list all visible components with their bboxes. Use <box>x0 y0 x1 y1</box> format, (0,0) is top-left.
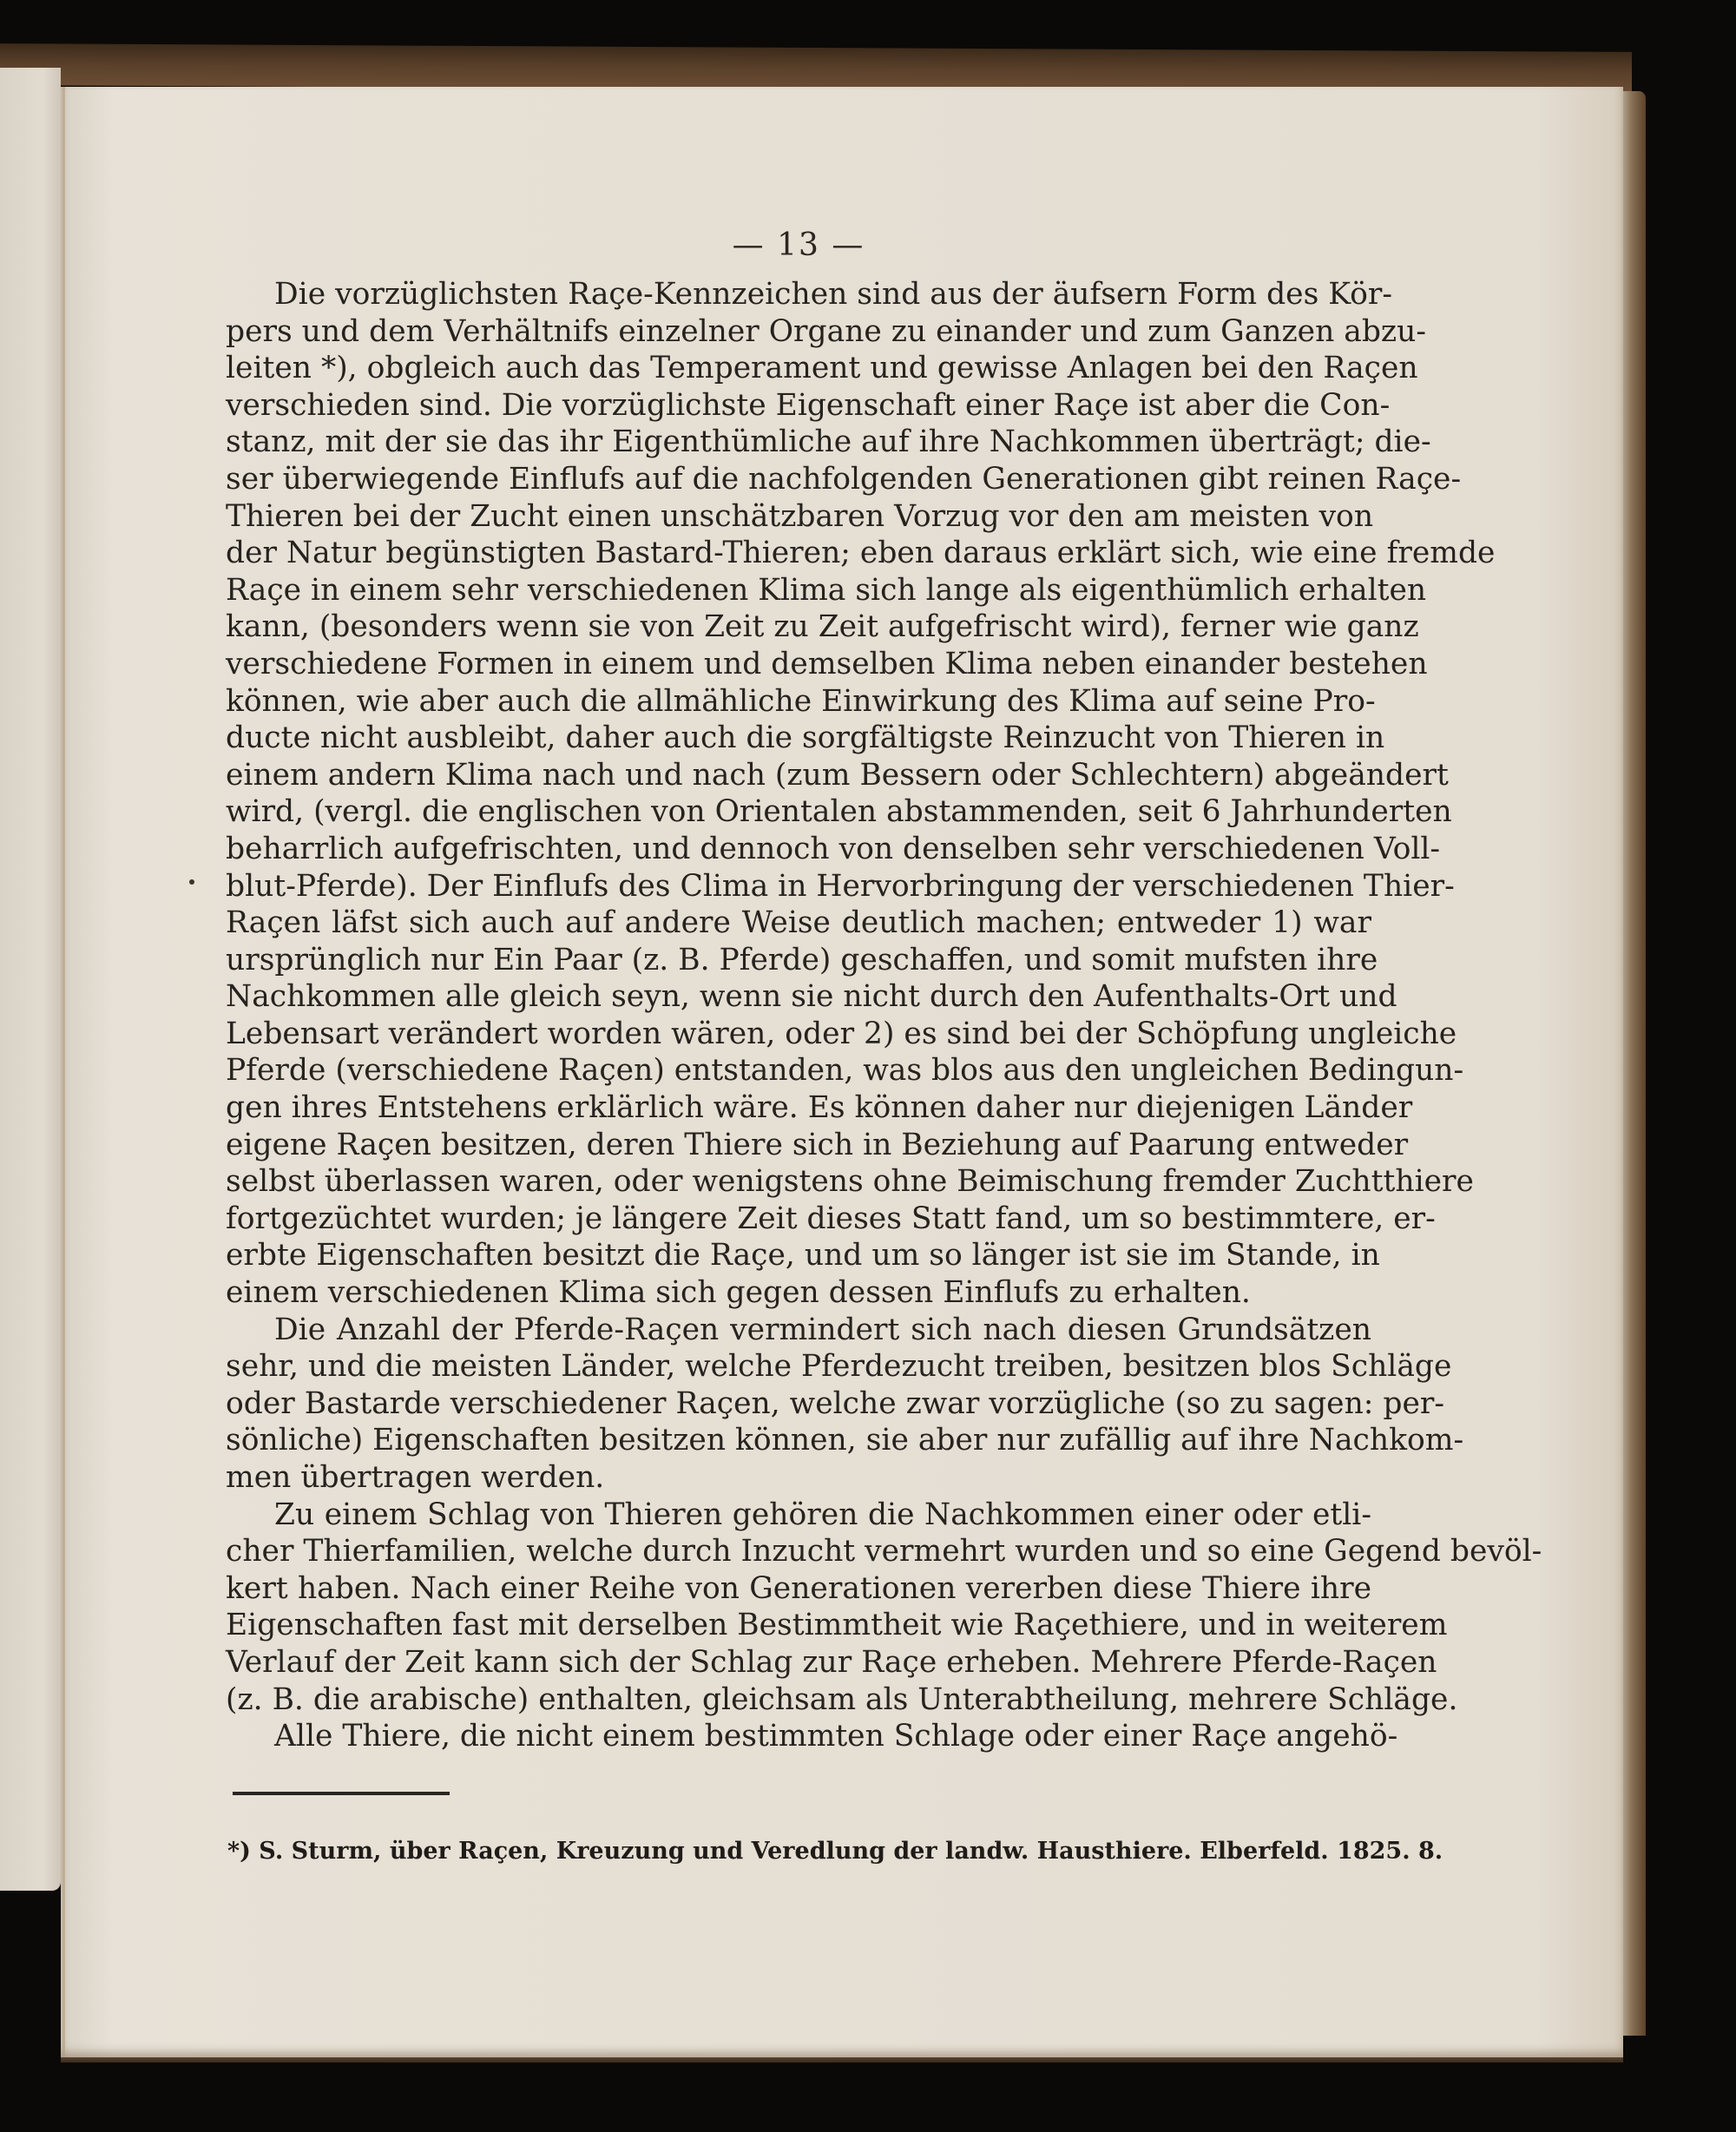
text-line: (z. B. die arabische) enthalten, gleichs… <box>226 1681 1371 1719</box>
text-line: beharrlich aufgefrischten, und dennoch v… <box>226 831 1371 868</box>
text-line: gen ihres Entstehens erklärlich wäre. Es… <box>226 1089 1371 1127</box>
text-line: oder Bastarde verschiedener Raçen, welch… <box>226 1385 1371 1423</box>
text-line: Raçen läfst sich auch auf andere Weise d… <box>226 905 1371 942</box>
text-line: Eigenschaften fast mit derselben Bestimm… <box>226 1607 1371 1644</box>
text-line: kert haben. Nach einer Reihe von Generat… <box>226 1570 1371 1608</box>
text-line: blut-Pferde). Der Einflufs des Clima in … <box>226 868 1371 905</box>
text-line: kann, (besonders wenn sie von Zeit zu Ze… <box>226 609 1371 646</box>
text-line: cher Thierfamilien, welche durch Inzucht… <box>226 1533 1371 1570</box>
text-line: pers und dem Verhältnifs einzelner Organ… <box>226 313 1371 351</box>
text-line: verschieden sind. Die vorzüglichste Eige… <box>226 387 1371 424</box>
paragraph-3: Zu einem Schlag von Thieren gehören die … <box>226 1497 1371 1719</box>
text-line: ser überwiegende Einflufs auf die nachfo… <box>226 461 1371 498</box>
text-line: Nachkommen alle gleich seyn, wenn sie ni… <box>226 978 1371 1016</box>
paragraph-4: Alle Thiere, die nicht einem bestimmten … <box>226 1718 1371 1755</box>
text-line: sehr, und die meisten Länder, welche Pfe… <box>226 1348 1371 1385</box>
paragraph-2: Die Anzahl der Pferde-Raçen vermindert s… <box>226 1312 1371 1497</box>
text-line: Lebensart verändert worden wären, oder 2… <box>226 1016 1371 1053</box>
gutter-fold <box>62 87 65 2057</box>
text-line: Die Anzahl der Pferde-Raçen vermindert s… <box>226 1312 1371 1349</box>
text-line: stanz, mit der sie das ihr Eigenthümlich… <box>226 424 1371 461</box>
text-line: erbte Eigenschaften besitzt die Raçe, un… <box>226 1237 1371 1274</box>
page-number: — 13 — <box>712 227 885 263</box>
paragraph-1: Die vorzüglichsten Raçe-Kennzeichen sind… <box>226 276 1371 1312</box>
text-line: Die vorzüglichsten Raçe-Kennzeichen sind… <box>226 276 1371 313</box>
text-line: selbst überlassen waren, oder wenigstens… <box>226 1163 1371 1201</box>
text-line: können, wie aber auch die allmähliche Ei… <box>226 683 1371 721</box>
text-line: ursprünglich nur Ein Paar (z. B. Pferde)… <box>226 942 1371 979</box>
text-line: Raçe in einem sehr verschiedenen Klima s… <box>226 572 1371 609</box>
text-line: Verlauf der Zeit kann sich der Schlag zu… <box>226 1644 1371 1681</box>
text-line: men übertragen werden. <box>226 1459 1371 1497</box>
footnote: *) S. Sturm, über Raçen, Kreuzung und Ve… <box>227 1838 1356 1865</box>
text-line: einem andern Klima nach und nach (zum Be… <box>226 757 1371 794</box>
text-line: verschiedene Formen in einem und demselb… <box>226 646 1371 683</box>
text-line: der Natur begünstigten Bastard-Thieren; … <box>226 535 1371 572</box>
text-line: sönliche) Eigenschaften besitzen können,… <box>226 1422 1371 1459</box>
text-line: eigene Raçen besitzen, deren Thiere sich… <box>226 1127 1371 1164</box>
page-fore-edge <box>1621 91 1646 2036</box>
text-line: Pferde (verschiedene Raçen) entstanden, … <box>226 1052 1371 1089</box>
text-line: einem verschiedenen Klima sich gegen des… <box>226 1274 1371 1312</box>
text-line: Alle Thiere, die nicht einem bestimmten … <box>226 1718 1371 1755</box>
facing-page-edge <box>0 68 61 1891</box>
text-line: Zu einem Schlag von Thieren gehören die … <box>226 1497 1371 1534</box>
text-line: Thieren bei der Zucht einen unschätzbare… <box>226 498 1371 536</box>
text-line: fortgezüchtet wurden; je längere Zeit di… <box>226 1201 1371 1238</box>
body-text: Die vorzüglichsten Raçe-Kennzeichen sind… <box>226 276 1371 1755</box>
margin-ink-dot <box>189 879 194 885</box>
text-line: wird, (vergl. die englischen von Orienta… <box>226 793 1371 831</box>
text-line: ducte nicht ausbleibt, daher auch die so… <box>226 720 1371 757</box>
footnote-divider <box>233 1792 450 1795</box>
text-line: leiten *), obgleich auch das Temperament… <box>226 350 1371 387</box>
